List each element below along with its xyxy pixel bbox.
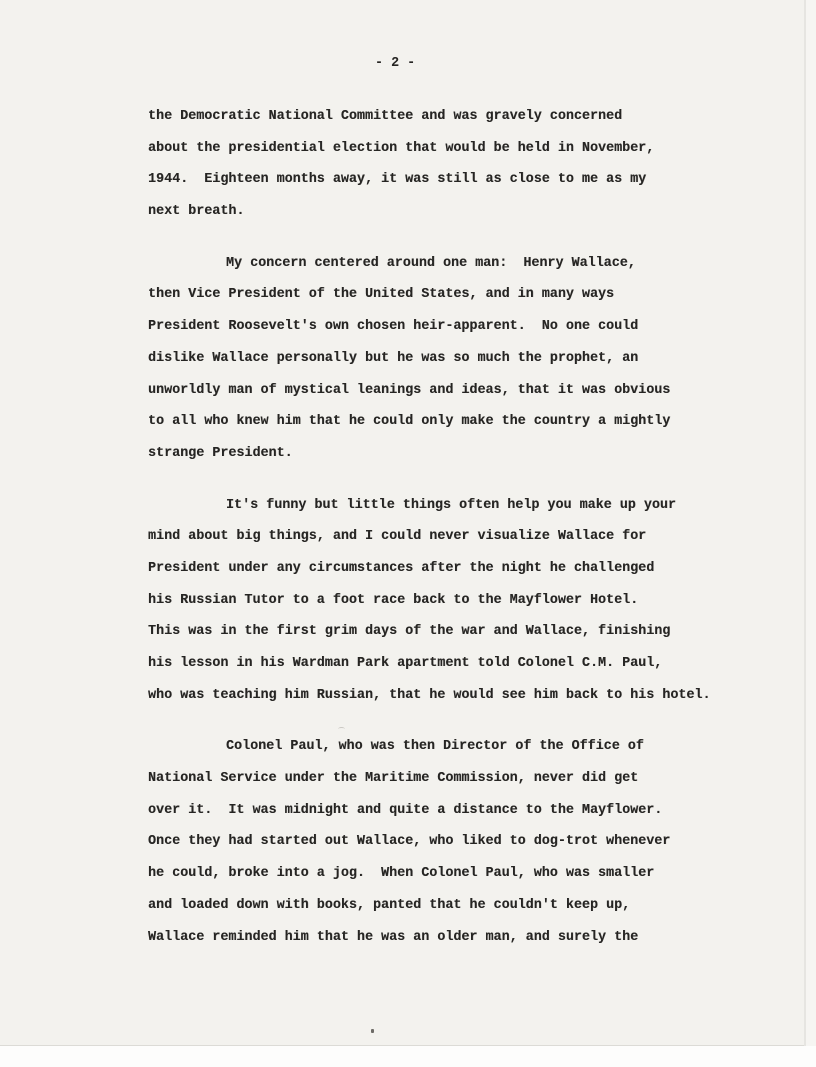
text-line: to all who knew him that he could only m…	[148, 406, 728, 438]
text-line: his lesson in his Wardman Park apartment…	[148, 648, 728, 680]
paragraph: Colonel Paul, who was then Director of t…	[148, 731, 728, 953]
text-line: dislike Wallace personally but he was so…	[148, 343, 728, 375]
text-line: the Democratic National Committee and wa…	[148, 101, 728, 133]
text-line: National Service under the Maritime Comm…	[148, 763, 728, 795]
ink-speck	[371, 1029, 374, 1033]
paper-sheet: - 2 - the Democratic National Committee …	[0, 0, 806, 1046]
text-line: Colonel Paul, who was then Director of t…	[148, 731, 728, 763]
text-line: Wallace reminded him that he was an olde…	[148, 922, 728, 954]
page-number: - 2 -	[375, 56, 415, 72]
text-line: next breath.	[148, 196, 728, 228]
text-line: It's funny but little things often help …	[148, 490, 728, 522]
text-line: My concern centered around one man: Henr…	[148, 248, 728, 280]
pencil-mark	[338, 727, 345, 731]
paragraph: the Democratic National Committee and wa…	[148, 101, 728, 228]
text-line: his Russian Tutor to a foot race back to…	[148, 585, 728, 617]
text-line: over it. It was midnight and quite a dis…	[148, 795, 728, 827]
paper-edge-strip	[806, 0, 816, 1046]
text-block: the Democratic National Committee and wa…	[148, 101, 728, 953]
text-line: President Roosevelt's own chosen heir-ap…	[148, 311, 728, 343]
text-line: This was in the first grim days of the w…	[148, 616, 728, 648]
text-line: and loaded down with books, panted that …	[148, 890, 728, 922]
paragraph: My concern centered around one man: Henr…	[148, 248, 728, 470]
text-line: about the presidential election that wou…	[148, 133, 728, 165]
text-line: unworldly man of mystical leanings and i…	[148, 375, 728, 407]
text-line: strange President.	[148, 438, 728, 470]
paragraph: It's funny but little things often help …	[148, 490, 728, 712]
text-line: who was teaching him Russian, that he wo…	[148, 680, 728, 712]
text-line: mind about big things, and I could never…	[148, 521, 728, 553]
text-line: Once they had started out Wallace, who l…	[148, 826, 728, 858]
text-line: President under any circumstances after …	[148, 553, 728, 585]
text-line: he could, broke into a jog. When Colonel…	[148, 858, 728, 890]
text-line: 1944. Eighteen months away, it was still…	[148, 164, 728, 196]
text-line: then Vice President of the United States…	[148, 279, 728, 311]
